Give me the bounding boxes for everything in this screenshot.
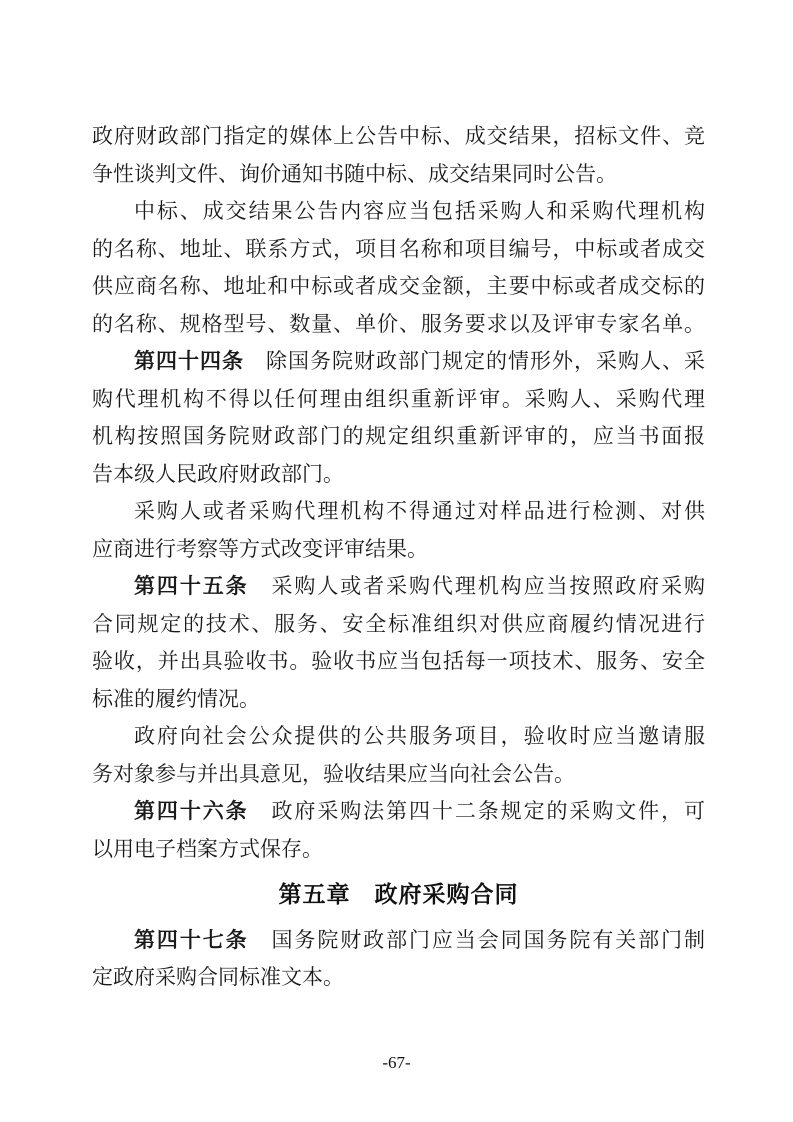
text-segment: 政府向社会公众提供的公共服务项目，验收时应当邀请服 xyxy=(134,724,705,748)
text-line: 定政府采购合同标准文本。 xyxy=(92,959,705,997)
text-segment: 的名称、规格型号、数量、单价、服务要求以及评审专家名单。 xyxy=(92,312,705,336)
article-number: 第四十七条 xyxy=(134,928,249,952)
text-line: 务对象参与并出具意见，验收结果应当向社会公告。 xyxy=(92,756,705,794)
text-line: 机构按照国务院财政部门的规定组织重新评审的，应当书面报 xyxy=(92,418,705,456)
text-line: 供应商名称、地址和中标或者成交金额，主要中标或者成交标的 xyxy=(92,268,705,306)
article-number: 第四十四条 xyxy=(134,349,244,373)
text-line: 第四十五条 采购人或者采购代理机构应当按照政府采购 xyxy=(92,568,705,606)
text-line: 第四十七条 国务院财政部门应当会同国务院有关部门制 xyxy=(92,922,705,960)
text-segment: 中标、成交结果公告内容应当包括采购人和采购代理机构 xyxy=(134,199,705,223)
text-line: 验收，并出具验收书。验收书应当包括每一项技术、服务、安全 xyxy=(92,643,705,681)
text-line: 合同规定的技术、服务、安全标准组织对供应商履约情况进行 xyxy=(92,606,705,644)
text-segment: 购代理机构不得以任何理由组织重新评审。采购人、采购代理 xyxy=(92,387,705,411)
text-segment: 争性谈判文件、询价通知书随中标、成交结果同时公告。 xyxy=(92,162,617,186)
text-line: 第四十六条 政府采购法第四十二条规定的采购文件，可 xyxy=(92,793,705,831)
text-line: 的名称、规格型号、数量、单价、服务要求以及评审专家名单。 xyxy=(92,306,705,344)
text-segment: 采购人或者采购代理机构不得通过对样品进行检测、对供 xyxy=(134,499,705,523)
text-line: 采购人或者采购代理机构不得通过对样品进行检测、对供 xyxy=(92,493,705,531)
text-segment: 合同规定的技术、服务、安全标准组织对供应商履约情况进行 xyxy=(92,612,705,636)
chapter-heading: 第五章 政府采购合同 xyxy=(92,876,705,914)
text-segment: 验收，并出具验收书。验收书应当包括每一项技术、服务、安全 xyxy=(92,649,705,673)
text-line: 政府财政部门指定的媒体上公告中标、成交结果，招标文件、竞 xyxy=(92,118,705,156)
text-line: 告本级人民政府财政部门。 xyxy=(92,456,705,494)
text-segment: 标准的履约情况。 xyxy=(92,687,260,711)
text-segment: 以用电子档案方式保存。 xyxy=(92,837,323,861)
text-segment: 定政府采购合同标准文本。 xyxy=(92,965,344,989)
text-line: 第四十四条 除国务院财政部门规定的情形外，采购人、采 xyxy=(92,343,705,381)
text-line: 政府向社会公众提供的公共服务项目，验收时应当邀请服 xyxy=(92,718,705,756)
page-number: -67- xyxy=(0,1053,793,1073)
text-segment: 务对象参与并出具意见，验收结果应当向社会公告。 xyxy=(92,762,575,786)
text-segment: 政府采购法第四十二条规定的采购文件，可 xyxy=(249,799,705,823)
article-number: 第四十五条 xyxy=(134,574,249,598)
text-line: 以用电子档案方式保存。 xyxy=(92,831,705,869)
text-line: 的名称、地址、联系方式，项目名称和项目编号，中标或者成交 xyxy=(92,231,705,269)
text-line: 购代理机构不得以任何理由组织重新评审。采购人、采购代理 xyxy=(92,381,705,419)
text-segment: 告本级人民政府财政部门。 xyxy=(92,462,344,486)
text-line: 标准的履约情况。 xyxy=(92,681,705,719)
text-line: 中标、成交结果公告内容应当包括采购人和采购代理机构 xyxy=(92,193,705,231)
text-segment: 机构按照国务院财政部门的规定组织重新评审的，应当书面报 xyxy=(92,424,705,448)
text-segment: 采购人或者采购代理机构应当按照政府采购 xyxy=(249,574,705,598)
text-segment: 除国务院财政部门规定的情形外，采购人、采 xyxy=(244,349,705,373)
article-number: 第四十六条 xyxy=(134,799,249,823)
text-segment: 的名称、地址、联系方式，项目名称和项目编号，中标或者成交 xyxy=(92,237,705,261)
document-page: 政府财政部门指定的媒体上公告中标、成交结果，招标文件、竞争性谈判文件、询价通知书… xyxy=(0,0,793,1122)
document-content: 政府财政部门指定的媒体上公告中标、成交结果，招标文件、竞争性谈判文件、询价通知书… xyxy=(92,118,705,997)
text-segment: 国务院财政部门应当会同国务院有关部门制 xyxy=(249,928,705,952)
text-segment: 应商进行考察等方式改变评审结果。 xyxy=(92,537,428,561)
text-segment: 供应商名称、地址和中标或者成交金额，主要中标或者成交标的 xyxy=(92,274,705,298)
text-line: 争性谈判文件、询价通知书随中标、成交结果同时公告。 xyxy=(92,156,705,194)
text-segment: 政府财政部门指定的媒体上公告中标、成交结果，招标文件、竞 xyxy=(92,124,705,148)
text-line: 应商进行考察等方式改变评审结果。 xyxy=(92,531,705,569)
